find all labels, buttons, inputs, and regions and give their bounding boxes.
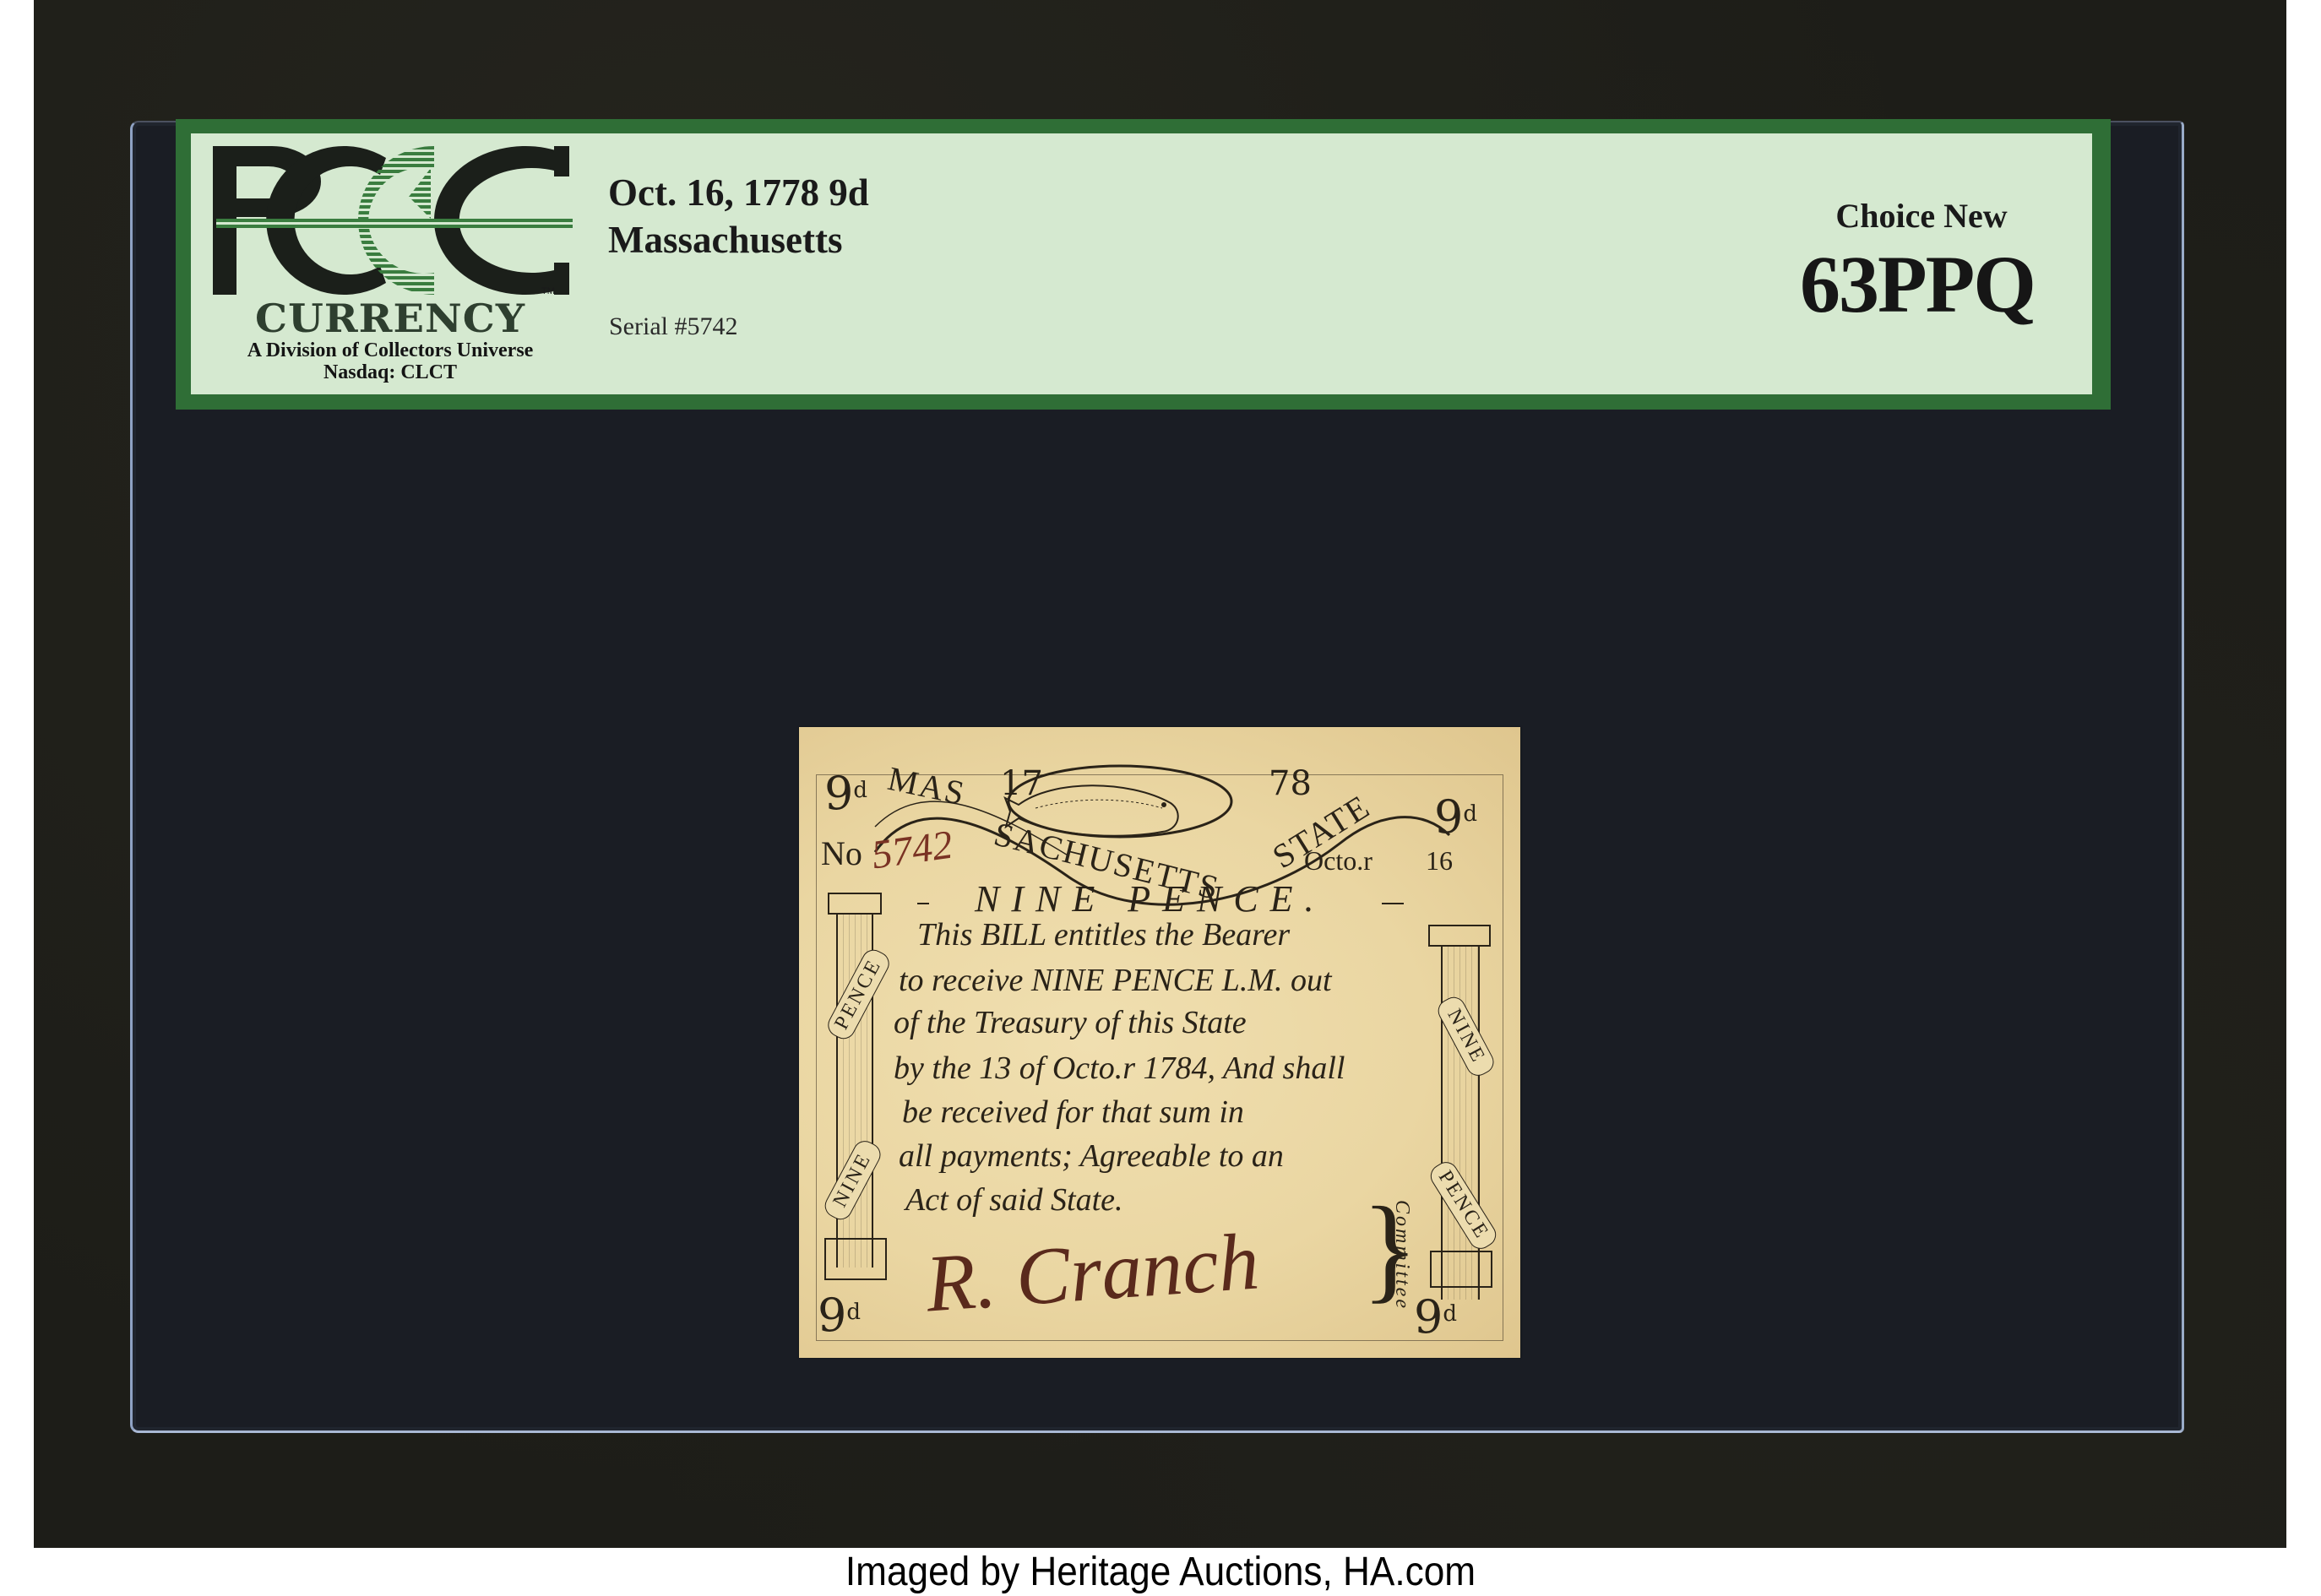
corner-value-top-left: 9d <box>824 771 867 817</box>
committee-label: Committee <box>1390 1200 1413 1311</box>
pcgs-logo <box>213 146 573 295</box>
body-line-3: of the Treasury of this State <box>894 1006 1247 1040</box>
division-text: A Division of Collectors Universe <box>213 339 568 361</box>
year-right: 78 <box>1269 764 1312 803</box>
image-credit-caption: Imaged by Heritage Auctions, HA.com <box>93 1548 2228 1596</box>
corner-value-bottom-right: 9d <box>1414 1295 1457 1340</box>
column-base-right <box>1430 1251 1492 1288</box>
body-line-4: by the 13 of Octo.r 1784, And shall <box>894 1051 1345 1085</box>
banknote: 9d 9d 9d 9d MAS SACHUSETTS STATE 17 78 N… <box>799 727 1520 1358</box>
year-left: 17 <box>1000 764 1043 803</box>
body-line-6: all payments; Agreeable to an <box>899 1139 1284 1173</box>
note-date-denomination: Oct. 16, 1778 9d <box>608 171 869 214</box>
note-serial-prefix: No <box>821 833 862 873</box>
body-line-5: be received for that sum in <box>902 1095 1244 1129</box>
column-capital-right <box>1428 925 1491 947</box>
rule-right <box>1382 903 1404 904</box>
brand-currency-word: CURRENCY <box>206 299 575 338</box>
note-state: Massachusetts <box>608 219 843 261</box>
grade-designation: Choice New <box>1799 198 2044 235</box>
body-line-7: Act of said State. <box>905 1183 1123 1217</box>
ticker-text: Nasdaq: CLCT <box>213 361 568 383</box>
column-base-left <box>824 1238 887 1280</box>
denomination-words: NINE PENCE. <box>975 877 1326 920</box>
column-capital-left <box>828 893 882 915</box>
rule-left <box>917 903 929 904</box>
note-date-day: 16 <box>1426 845 1453 877</box>
trademark-mark: TM <box>541 286 555 296</box>
note-date-month: Octo.r <box>1304 845 1372 877</box>
grade-value: 63PPQ <box>1782 244 2052 325</box>
body-line-2: to receive NINE PENCE L.M. out <box>899 964 1332 997</box>
body-line-1: This BILL entitles the Bearer <box>917 918 1290 952</box>
serial-number: Serial #5742 <box>609 312 737 341</box>
corner-value-bottom-left: 9d <box>818 1293 861 1338</box>
